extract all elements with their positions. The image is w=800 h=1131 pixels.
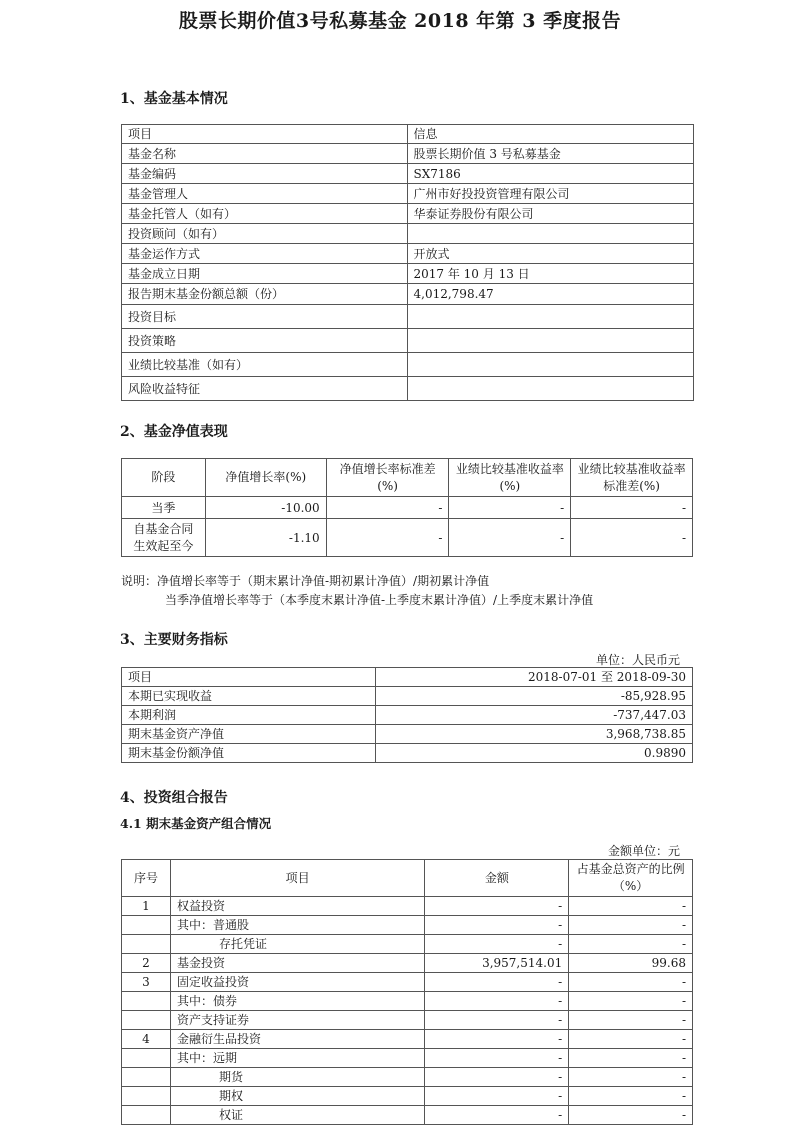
ratio-cell: - xyxy=(569,1011,693,1030)
bench-std-cell: - xyxy=(571,519,693,557)
ratio-cell: 99.68 xyxy=(569,954,693,973)
label-cell: 本期已实现收益 xyxy=(122,687,376,706)
table-header-row: 阶段 净值增长率(%) 净值增长率标准差(%) 业绩比较基准收益率(%) 业绩比… xyxy=(122,459,693,497)
item-cell: 其中：远期 xyxy=(170,1049,424,1068)
bench-cell: - xyxy=(449,497,571,519)
bench-std-cell: - xyxy=(571,497,693,519)
asset-allocation-table: 序号 项目 金额 占基金总资产的比例（%） 1权益投资-- 其中：普通股-- 存… xyxy=(121,859,693,1125)
item-cell: 基金投资 xyxy=(170,954,424,973)
label-cell: 基金托管人（如有） xyxy=(122,204,408,224)
table-row: 基金管理人广州市好投投资管理有限公司 xyxy=(122,184,694,204)
ratio-cell: - xyxy=(569,1068,693,1087)
section2-heading: 2、基金净值表现 xyxy=(120,421,228,441)
note-line-2: 当季净值增长率等于（本季度末累计净值-上季度末累计净值）/上季度末累计净值 xyxy=(165,591,593,610)
table-header-row: 项目 信息 xyxy=(122,125,694,144)
label-cell: 基金管理人 xyxy=(122,184,408,204)
table-header-row: 序号 项目 金额 占基金总资产的比例（%） xyxy=(122,860,693,897)
section4-heading: 4、投资组合报告 xyxy=(120,787,228,807)
value-cell: 0.9890 xyxy=(375,744,693,763)
section3-heading: 3、主要财务指标 xyxy=(120,629,228,649)
item-cell: 期货 xyxy=(170,1068,424,1087)
header-cell: 业绩比较基准收益率标准差(%) xyxy=(571,459,693,497)
ratio-cell: - xyxy=(569,897,693,916)
item-cell: 金融衍生品投资 xyxy=(170,1030,424,1049)
report-title: 股票长期价值3号私募基金 2018 年第 3 季度报告 xyxy=(0,6,800,33)
value-cell: -737,447.03 xyxy=(375,706,693,725)
item-cell: 期权 xyxy=(170,1087,424,1106)
amount-cell: 3,957,514.01 xyxy=(425,954,569,973)
table-row: 风险收益特征 xyxy=(122,377,694,401)
value-cell xyxy=(407,377,694,401)
ratio-cell: - xyxy=(569,973,693,992)
amount-cell: - xyxy=(425,897,569,916)
item-cell: 资产支持证券 xyxy=(170,1011,424,1030)
table-row: 期权-- xyxy=(122,1087,693,1106)
note-line-1: 说明：净值增长率等于（期末累计净值-期初累计净值）/期初累计净值 xyxy=(121,572,489,591)
label-cell: 基金编码 xyxy=(122,164,408,184)
value-cell xyxy=(407,224,694,244)
table-row: 投资目标 xyxy=(122,305,694,329)
table-row: 其中：远期-- xyxy=(122,1049,693,1068)
amount-cell: - xyxy=(425,1068,569,1087)
table-row: 业绩比较基准（如有） xyxy=(122,353,694,377)
table-row: 基金托管人（如有）华泰证券股份有限公司 xyxy=(122,204,694,224)
table-row: 存托凭证-- xyxy=(122,935,693,954)
amount-cell: - xyxy=(425,973,569,992)
bench-cell: - xyxy=(449,519,571,557)
value-cell: -85,928.95 xyxy=(375,687,693,706)
label-cell: 基金成立日期 xyxy=(122,264,408,284)
table-row: 3固定收益投资-- xyxy=(122,973,693,992)
no-cell xyxy=(122,935,171,954)
value-cell xyxy=(407,329,694,353)
ratio-cell: - xyxy=(569,1087,693,1106)
label-cell: 期末基金份额净值 xyxy=(122,744,376,763)
header-cell: 项目 xyxy=(170,860,424,897)
ratio-cell: - xyxy=(569,935,693,954)
ratio-cell: - xyxy=(569,992,693,1011)
label-cell: 基金运作方式 xyxy=(122,244,408,264)
label-cell: 报告期末基金份额总额（份） xyxy=(122,284,408,305)
no-cell: 1 xyxy=(122,897,171,916)
label-cell: 业绩比较基准（如有） xyxy=(122,353,408,377)
value-cell: 3,968,738.85 xyxy=(375,725,693,744)
ratio-cell: - xyxy=(569,1106,693,1125)
value-cell: 广州市好投投资管理有限公司 xyxy=(407,184,694,204)
header-cell: 阶段 xyxy=(122,459,206,497)
unit-label: 单位：人民币元 xyxy=(500,651,680,668)
section1-heading: 1、基金基本情况 xyxy=(120,88,228,108)
nav-growth-cell: -1.10 xyxy=(205,519,326,557)
table-header-row: 项目 2018-07-01 至 2018-09-30 xyxy=(122,668,693,687)
table-row: 期末基金份额净值0.9890 xyxy=(122,744,693,763)
table-row: 1权益投资-- xyxy=(122,897,693,916)
table-row: 权证-- xyxy=(122,1106,693,1125)
value-cell xyxy=(407,353,694,377)
header-cell: 2018-07-01 至 2018-09-30 xyxy=(375,668,693,687)
period-cell: 当季 xyxy=(122,497,206,519)
no-cell: 4 xyxy=(122,1030,171,1049)
value-cell: SX7186 xyxy=(407,164,694,184)
table-row: 其中：普通股-- xyxy=(122,916,693,935)
amount-cell: - xyxy=(425,1030,569,1049)
label-cell: 基金名称 xyxy=(122,144,408,164)
nav-performance-table: 阶段 净值增长率(%) 净值增长率标准差(%) 业绩比较基准收益率(%) 业绩比… xyxy=(121,458,693,557)
value-cell: 4,012,798.47 xyxy=(407,284,694,305)
ratio-cell: - xyxy=(569,1049,693,1068)
no-cell xyxy=(122,1087,171,1106)
value-cell xyxy=(407,305,694,329)
item-cell: 其中：普通股 xyxy=(170,916,424,935)
label-cell: 风险收益特征 xyxy=(122,377,408,401)
ratio-cell: - xyxy=(569,916,693,935)
label-cell: 本期利润 xyxy=(122,706,376,725)
header-cell: 占基金总资产的比例（%） xyxy=(569,860,693,897)
table-row: 本期利润-737,447.03 xyxy=(122,706,693,725)
table-row: 4金融衍生品投资-- xyxy=(122,1030,693,1049)
item-cell: 存托凭证 xyxy=(170,935,424,954)
table-row: 资产支持证券-- xyxy=(122,1011,693,1030)
table-row: 期末基金资产净值3,968,738.85 xyxy=(122,725,693,744)
table-row: 投资策略 xyxy=(122,329,694,353)
amount-cell: - xyxy=(425,1087,569,1106)
header-cell: 序号 xyxy=(122,860,171,897)
item-cell: 其中：债券 xyxy=(170,992,424,1011)
no-cell xyxy=(122,1106,171,1125)
header-cell: 业绩比较基准收益率(%) xyxy=(449,459,571,497)
table-row: 自基金合同生效起至今 -1.10 - - - xyxy=(122,519,693,557)
header-cell: 净值增长率(%) xyxy=(205,459,326,497)
amount-cell: - xyxy=(425,935,569,954)
table-row: 基金成立日期2017 年 10 月 13 日 xyxy=(122,264,694,284)
table-row: 2基金投资3,957,514.0199.68 xyxy=(122,954,693,973)
label-cell: 投资策略 xyxy=(122,329,408,353)
table-row: 其中：债券-- xyxy=(122,992,693,1011)
header-cell: 金额 xyxy=(425,860,569,897)
table-row: 基金编码SX7186 xyxy=(122,164,694,184)
item-cell: 权证 xyxy=(170,1106,424,1125)
ratio-cell: - xyxy=(569,1030,693,1049)
amount-cell: - xyxy=(425,992,569,1011)
label-cell: 投资顾问（如有） xyxy=(122,224,408,244)
amount-cell: - xyxy=(425,1049,569,1068)
amount-unit-label: 金额单位：元 xyxy=(520,842,680,859)
no-cell xyxy=(122,992,171,1011)
item-cell: 权益投资 xyxy=(170,897,424,916)
table-row: 基金运作方式开放式 xyxy=(122,244,694,264)
table-row: 期货-- xyxy=(122,1068,693,1087)
header-cell: 信息 xyxy=(407,125,694,144)
header-cell: 项目 xyxy=(122,125,408,144)
amount-cell: - xyxy=(425,1106,569,1125)
amount-cell: - xyxy=(425,916,569,935)
table-row: 本期已实现收益-85,928.95 xyxy=(122,687,693,706)
financial-indicators-table: 项目 2018-07-01 至 2018-09-30 本期已实现收益-85,92… xyxy=(121,667,693,763)
table-row: 投资顾问（如有） xyxy=(122,224,694,244)
table-row: 当季 -10.00 - - - xyxy=(122,497,693,519)
nav-std-cell: - xyxy=(326,519,449,557)
header-cell: 项目 xyxy=(122,668,376,687)
item-cell: 固定收益投资 xyxy=(170,973,424,992)
no-cell: 3 xyxy=(122,973,171,992)
label-cell: 期末基金资产净值 xyxy=(122,725,376,744)
table-row: 报告期末基金份额总额（份）4,012,798.47 xyxy=(122,284,694,305)
nav-growth-cell: -10.00 xyxy=(205,497,326,519)
period-cell: 自基金合同生效起至今 xyxy=(122,519,206,557)
header-cell: 净值增长率标准差(%) xyxy=(326,459,449,497)
basic-info-table: 项目 信息 基金名称股票长期价值 3 号私募基金 基金编码SX7186 基金管理… xyxy=(121,124,694,401)
table-row: 基金名称股票长期价值 3 号私募基金 xyxy=(122,144,694,164)
label-cell: 投资目标 xyxy=(122,305,408,329)
nav-std-cell: - xyxy=(326,497,449,519)
no-cell xyxy=(122,1011,171,1030)
value-cell: 股票长期价值 3 号私募基金 xyxy=(407,144,694,164)
value-cell: 2017 年 10 月 13 日 xyxy=(407,264,694,284)
no-cell xyxy=(122,1049,171,1068)
value-cell: 华泰证券股份有限公司 xyxy=(407,204,694,224)
no-cell xyxy=(122,1068,171,1087)
no-cell: 2 xyxy=(122,954,171,973)
amount-cell: - xyxy=(425,1011,569,1030)
section4-1-heading: 4.1 期末基金资产组合情况 xyxy=(120,814,271,832)
no-cell xyxy=(122,916,171,935)
value-cell: 开放式 xyxy=(407,244,694,264)
